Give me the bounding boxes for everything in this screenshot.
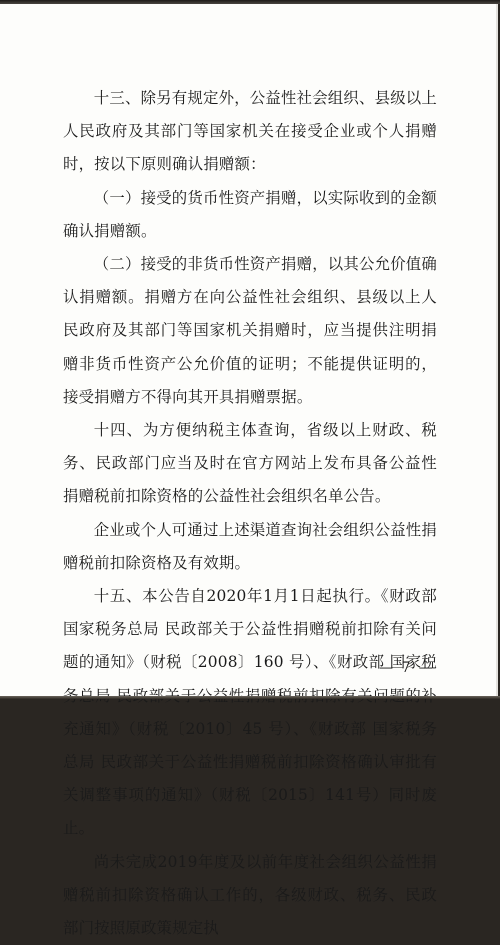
paragraph-query-channel: 企业或个人可通过上述渠道查询社会组织公益性捐赠税前扣除资格及有效期。 xyxy=(63,514,437,580)
paragraph-article-14: 十四、为方便纳税主体查询，省级以上财政、税务、民政部门应当及时在官方网站上发布具… xyxy=(63,414,437,514)
paragraph-item-1-monetary: （一）接受的货币性资产捐赠，以实际收到的金额确认捐赠额。 xyxy=(63,182,437,248)
paragraph-article-13: 十三、除另有规定外，公益性社会组织、县级以上人民政府及其部门等国家机关在接受企业… xyxy=(63,82,437,182)
page-number: — 7 — xyxy=(379,660,435,676)
document-page: 十三、除另有规定外，公益性社会组织、县级以上人民政府及其部门等国家机关在接受企业… xyxy=(0,4,498,696)
document-body: 十三、除另有规定外，公益性社会组织、县级以上人民政府及其部门等国家机关在接受企业… xyxy=(63,82,437,699)
paragraph-article-15: 十五、本公告自2020年1月1日起执行。《财政部 国家税务总局 民政部关于公益性… xyxy=(63,580,437,699)
paragraph-item-2-non-monetary: （二）接受的非货币性资产捐赠，以其公允价值确认捐赠额。捐赠方在向公益性社会组织、… xyxy=(63,248,437,414)
